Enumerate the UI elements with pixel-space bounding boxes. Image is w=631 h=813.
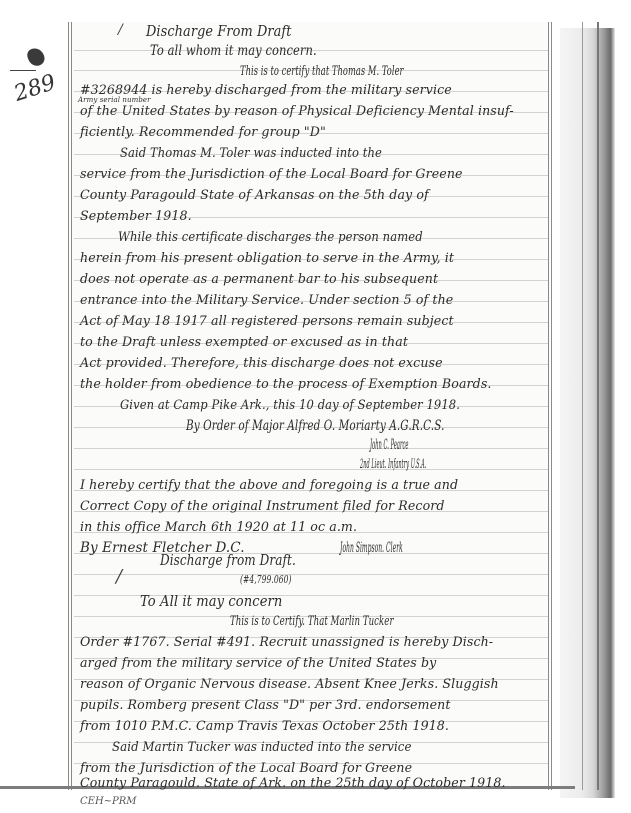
record1-line: service from the Jurisdiction of the Loc… bbox=[80, 166, 545, 181]
record2-number: (#4,799.060) bbox=[240, 572, 546, 586]
record1-title: Discharge From Draft bbox=[146, 22, 546, 40]
record2-checkmark: / bbox=[116, 566, 122, 587]
record1-line: Act of May 18 1917 all registered person… bbox=[80, 313, 545, 328]
certification-line: in this office March 6th 1920 at 11 oc a… bbox=[80, 519, 545, 534]
record1-salutation: To all whom it may concern. bbox=[150, 43, 546, 59]
record2-line: from the Jurisdiction of the Local Board… bbox=[80, 760, 545, 775]
record2-line: County Paragould. State of Ark. on the 2… bbox=[80, 775, 545, 790]
record1-line: ficiently. Recommended for group "D" bbox=[80, 124, 545, 139]
record1-line: herein from his present obligation to se… bbox=[80, 250, 545, 265]
right-margin-rule-inner bbox=[551, 22, 552, 790]
record2-line: This is to Certify. That Marlin Tucker bbox=[230, 613, 546, 628]
page-number: 289 bbox=[11, 70, 59, 107]
record1-line: to the Draft unless exempted or excused … bbox=[80, 334, 545, 349]
record1-line: of the United States by reason of Physic… bbox=[80, 103, 545, 118]
record1-line: While this certificate discharges the pe… bbox=[118, 229, 546, 244]
binding-rule bbox=[582, 22, 583, 790]
record1-line: This is to certify that Thomas M. Toler bbox=[240, 63, 546, 78]
record1-line: #3268944 is hereby discharged from the m… bbox=[80, 82, 545, 97]
record1-line: Said Thomas M. Toler was inducted into t… bbox=[120, 145, 546, 160]
record1-line: does not operate as a permanent bar to h… bbox=[80, 271, 545, 286]
left-margin-rule-inner bbox=[71, 22, 72, 790]
record2-line: arged from the military service of the U… bbox=[80, 655, 545, 670]
binding-rule-dark bbox=[597, 22, 599, 790]
record1-line: Given at Camp Pike Ark., this 10 day of … bbox=[120, 397, 546, 412]
right-margin-rule bbox=[548, 22, 549, 790]
record1-officer-rank: 2nd Lieut. Infantry U.S.A. bbox=[360, 456, 546, 471]
record1-checkmark: / bbox=[118, 22, 123, 38]
certification-line: I hereby certify that the above and fore… bbox=[80, 477, 545, 492]
record1-line: Act provided. Therefore, this discharge … bbox=[80, 355, 545, 370]
record2-title: Discharge from Draft. bbox=[160, 553, 546, 569]
record1-line: September 1918. bbox=[80, 208, 545, 223]
ink-blot-mark bbox=[25, 46, 46, 68]
record2-line: Order #1767. Serial #491. Recruit unassi… bbox=[80, 634, 545, 649]
record2-line: Said Martin Tucker was inducted into the… bbox=[112, 739, 546, 754]
binding-edge bbox=[560, 28, 615, 798]
footer-initials: CEH~PRM bbox=[80, 796, 137, 807]
record1-line: County Paragould State of Arkansas on th… bbox=[80, 187, 545, 202]
record1-line: entrance into the Military Service. Unde… bbox=[80, 292, 545, 307]
record2-line: from 1010 P.M.C. Camp Travis Texas Octob… bbox=[80, 718, 545, 733]
record1-signature-officer: John C. Pearce bbox=[370, 437, 546, 453]
certification-line: Correct Copy of the original Instrument … bbox=[80, 498, 545, 513]
record2-salutation: To All it may concern bbox=[140, 592, 546, 610]
record2-line: pupils. Romberg present Class "D" per 3r… bbox=[80, 697, 545, 712]
ink-blot-tail bbox=[10, 70, 36, 71]
record1-order-line: By Order of Major Alfred O. Moriarty A.G… bbox=[186, 418, 546, 434]
left-margin-rule bbox=[68, 22, 69, 790]
record2-line: reason of Organic Nervous disease. Absen… bbox=[80, 676, 545, 691]
record1-line: the holder from obedience to the process… bbox=[80, 376, 545, 391]
